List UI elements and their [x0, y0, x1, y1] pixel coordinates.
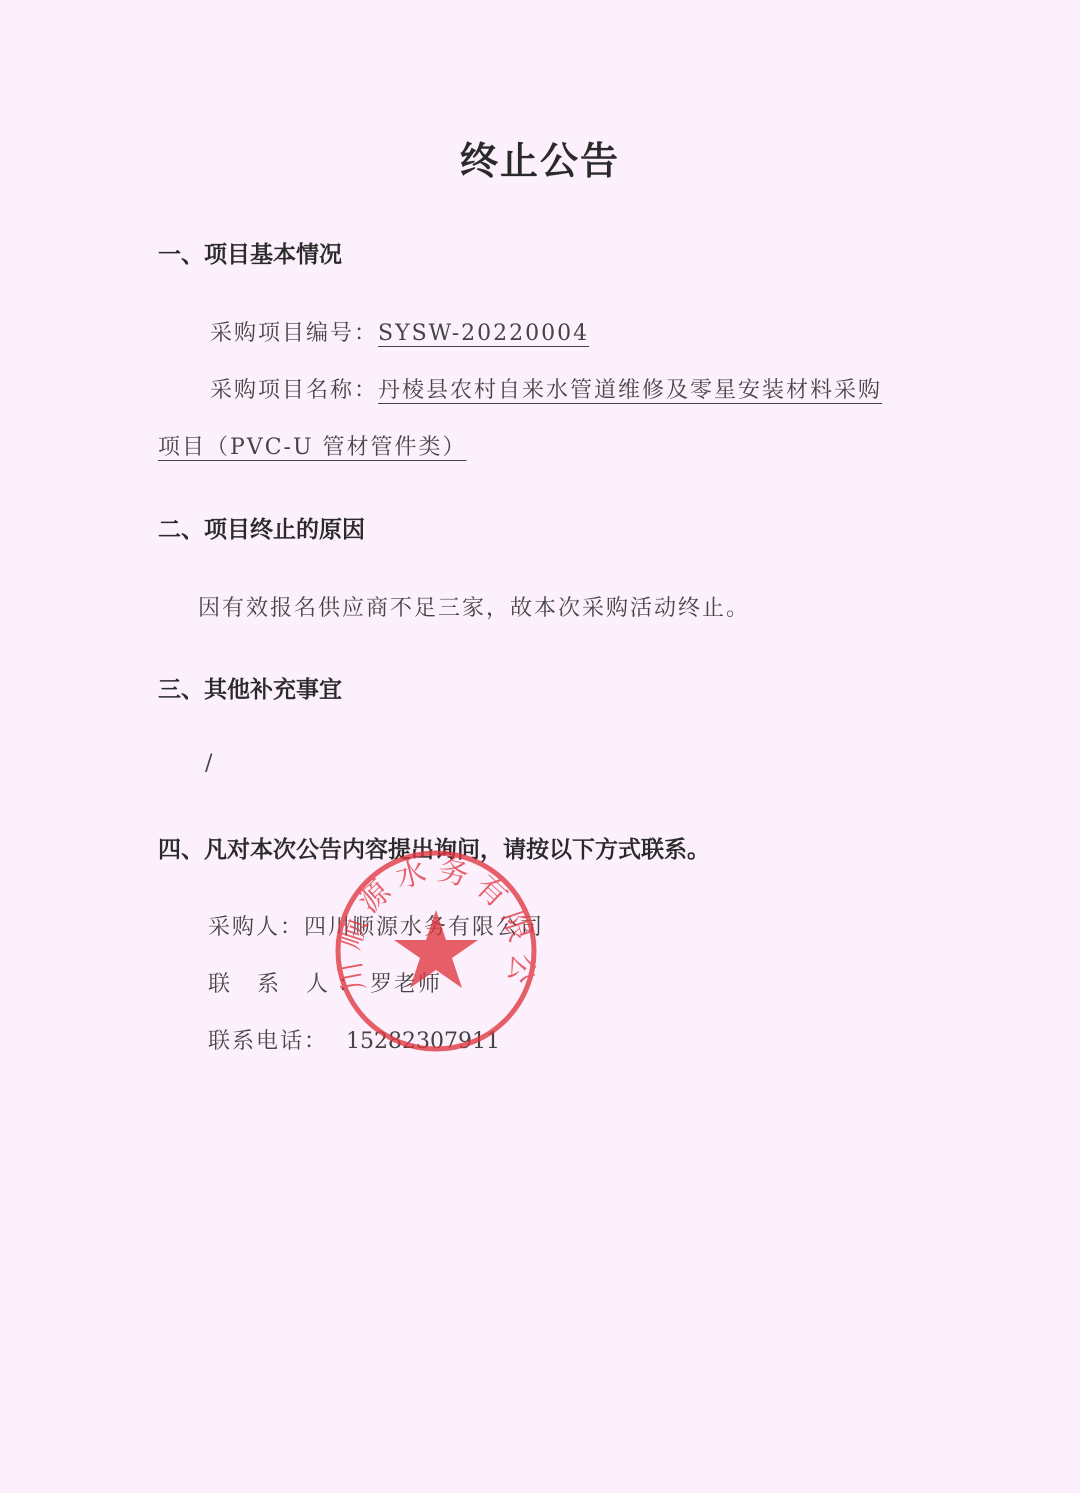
- other-matters-text: /: [205, 751, 214, 776]
- purchaser-value: 四川顺源水务有限公司: [304, 915, 544, 940]
- project-name-value-line2: 项目（PVC-U 管材管件类）: [158, 435, 467, 460]
- contact-person-value: 罗老师: [370, 972, 442, 997]
- project-name-value-line1: 丹棱县农村自来水管道维修及零星安装材料采购: [378, 378, 882, 403]
- document-title: 终止公告: [0, 130, 1080, 185]
- contact-purchaser-row: 采购人：四川顺源水务有限公司: [208, 910, 544, 941]
- contact-phone-value: 15282307911: [346, 1029, 500, 1054]
- section-heading-other-matters: 三、其他补充事宜: [158, 671, 342, 704]
- project-number-value: SYSW-20220004: [378, 321, 589, 346]
- termination-reason-text: 因有效报名供应商不足三家，故本次采购活动终止。: [198, 591, 750, 622]
- contact-phone-row: 联系电话：15282307911: [208, 1024, 500, 1055]
- project-number-row: 采购项目编号：SYSW-20220004: [210, 316, 589, 347]
- section-heading-contact: 四、凡对本次公告内容提出询问，请按以下方式联系。: [158, 831, 710, 864]
- project-number-label: 采购项目编号：: [210, 321, 378, 346]
- project-name-row: 采购项目名称：丹棱县农村自来水管道维修及零星安装材料采购: [210, 373, 882, 404]
- document-page: 终止公告 一、项目基本情况 采购项目编号：SYSW-20220004 采购项目名…: [0, 0, 1080, 1493]
- section-heading-basic-info: 一、项目基本情况: [158, 236, 342, 269]
- contact-person-row: 联 系 人：罗老师: [208, 967, 442, 998]
- project-name-row-continued: 项目（PVC-U 管材管件类）: [158, 430, 467, 461]
- purchaser-label: 采购人：: [208, 915, 304, 940]
- project-name-label: 采购项目名称：: [210, 378, 378, 403]
- section-heading-termination-reason: 二、项目终止的原因: [158, 511, 365, 544]
- contact-person-label: 联 系 人：: [208, 972, 370, 997]
- contact-phone-label: 联系电话：: [208, 1029, 328, 1054]
